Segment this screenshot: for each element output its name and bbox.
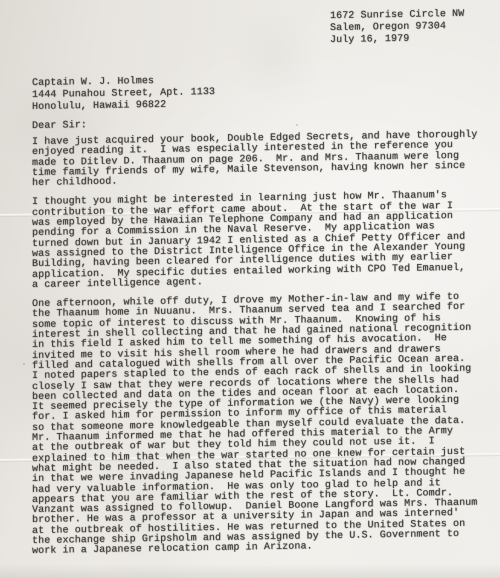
recipient-address-block: Captain W. J. Holmes 1444 Punahou Street… — [32, 71, 484, 114]
paper-speck — [23, 363, 25, 365]
salutation: Dear Sir: — [32, 114, 484, 132]
paragraph-2: I thought you might be interested in lea… — [32, 191, 484, 291]
paragraph-1: I have just acquired your book, Double E… — [32, 131, 484, 190]
scanned-letter-page: 1672 Sunrise Circle NW Salem, Oregon 973… — [0, 0, 500, 578]
sender-address-block: 1672 Sunrise Circle NW Salem, Oregon 973… — [330, 9, 484, 48]
paragraph-3: One afternoon, while off duty, I drove m… — [32, 293, 484, 558]
letter-content: 1672 Sunrise Circle NW Salem, Oregon 973… — [32, 9, 484, 558]
